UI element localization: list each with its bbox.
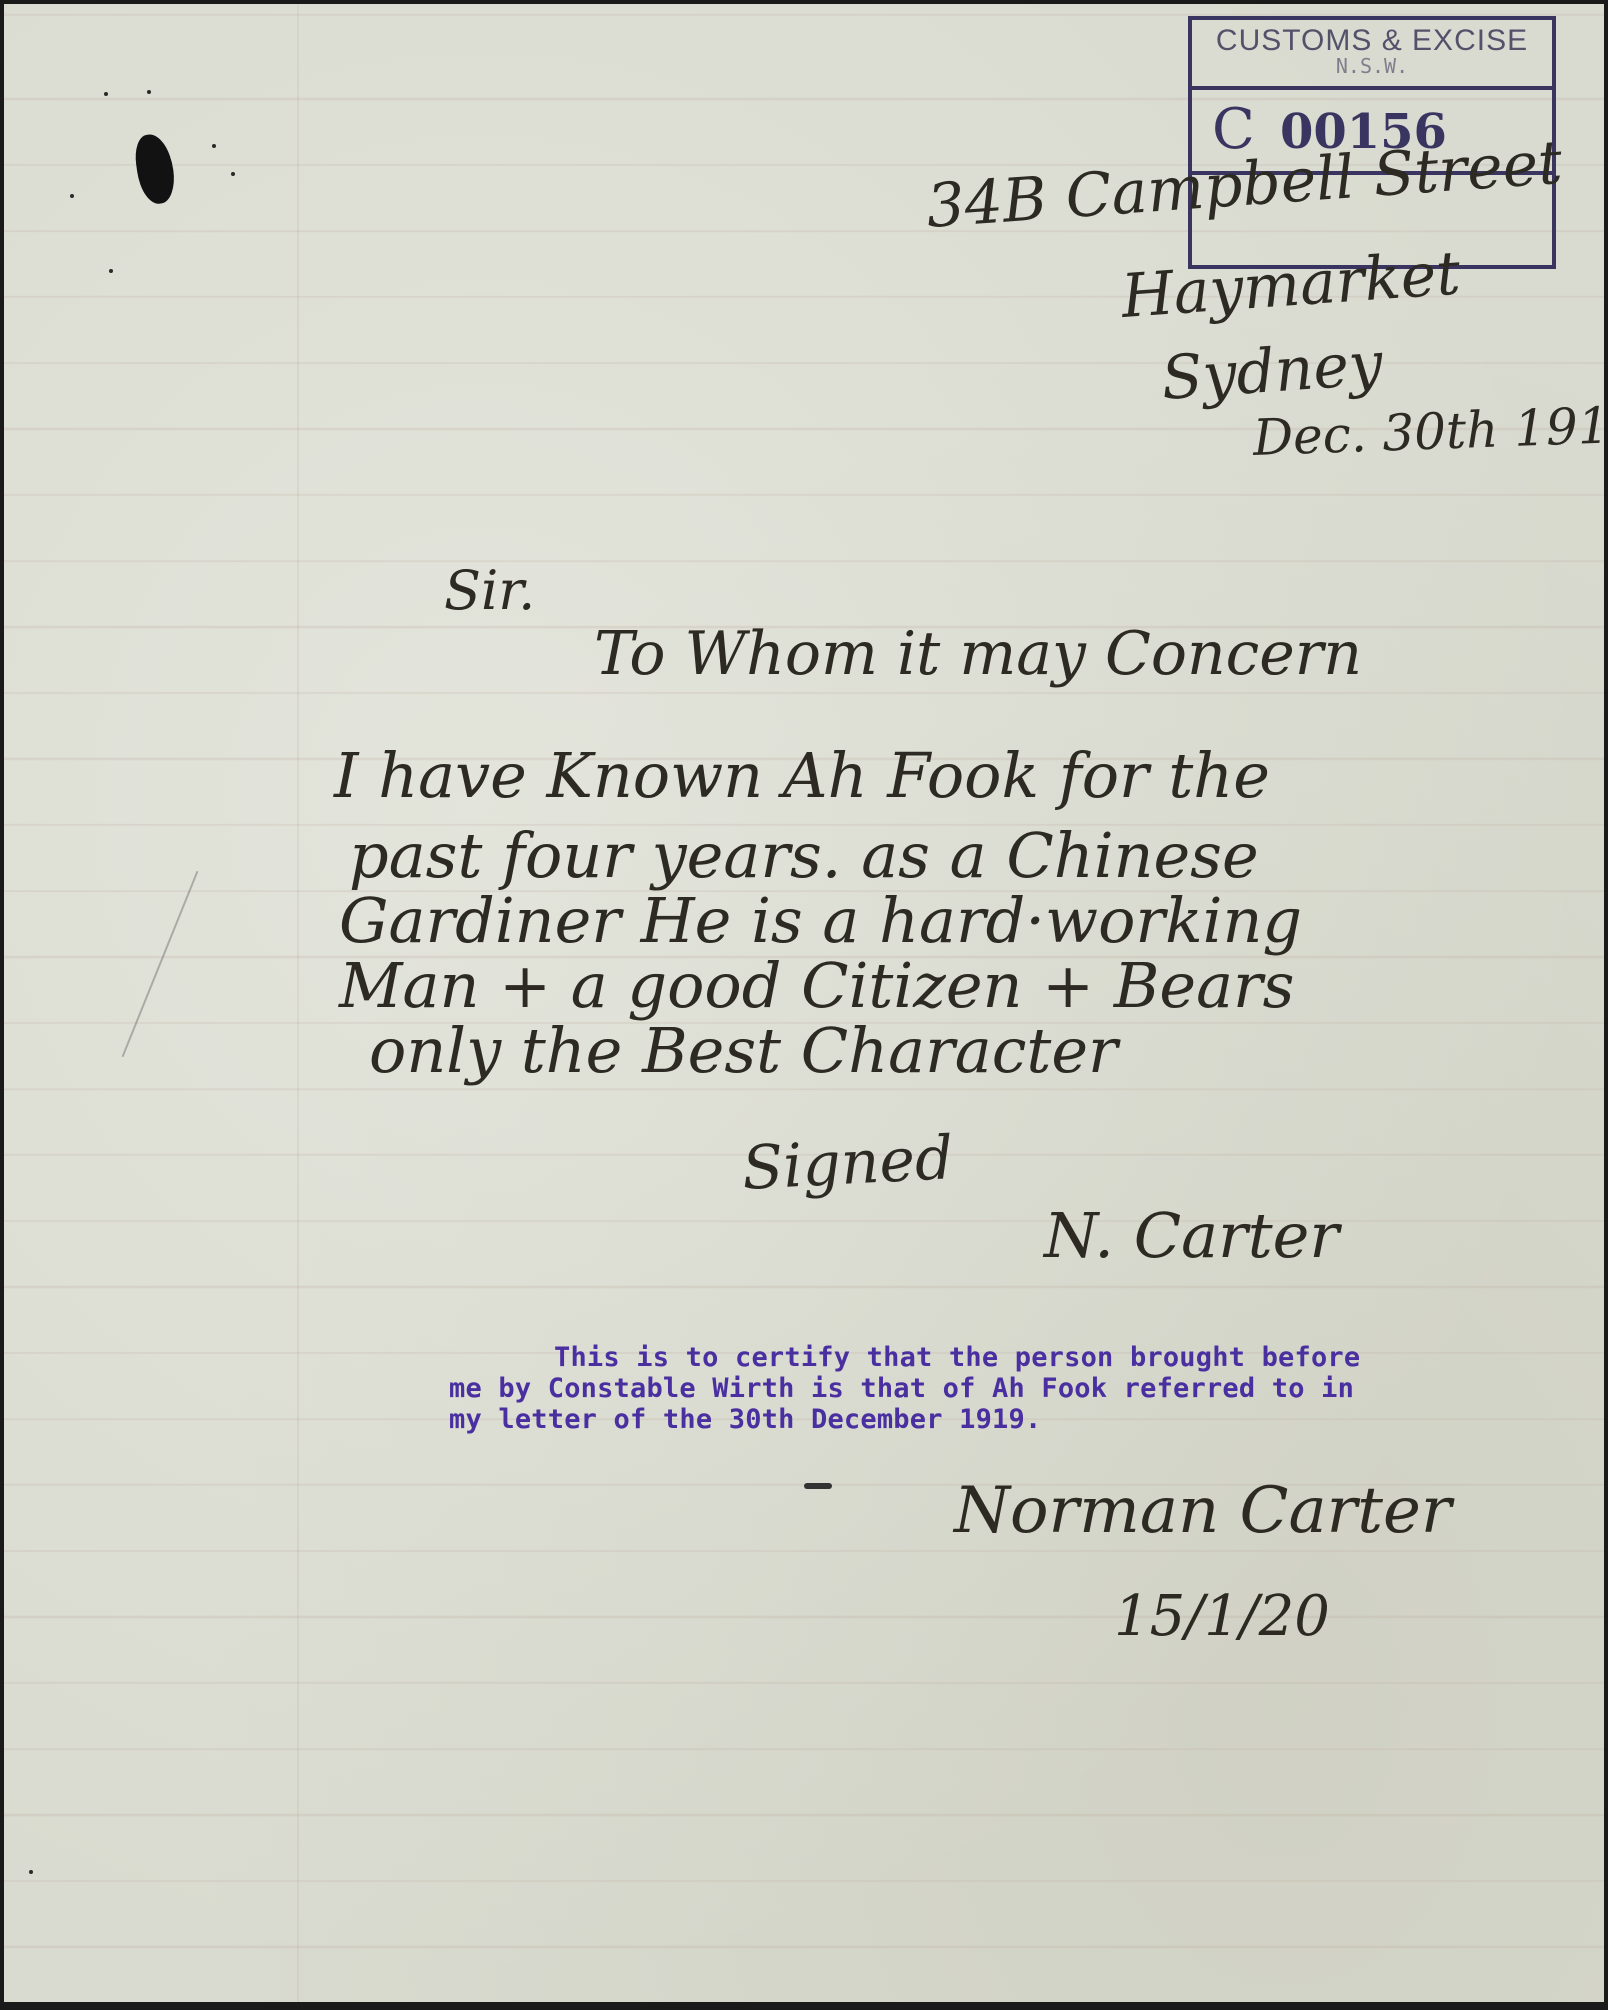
ink-dash-mark bbox=[804, 1483, 832, 1489]
letter-heading: To Whom it may Concern bbox=[594, 619, 1362, 689]
signature-n-carter: N. Carter bbox=[1044, 1199, 1339, 1272]
stray-pencil-mark bbox=[122, 871, 199, 1057]
signed-label: Signed bbox=[740, 1123, 955, 1204]
paper-speck bbox=[70, 194, 74, 198]
certification-line: my letter of the 30th December 1919. bbox=[449, 1404, 1579, 1435]
paper-speck bbox=[212, 144, 216, 148]
paper-speck bbox=[231, 172, 235, 176]
address-suburb: Haymarket bbox=[1119, 239, 1462, 332]
paper-speck bbox=[109, 269, 113, 273]
stamp-title: CUSTOMS & EXCISE bbox=[1192, 24, 1552, 58]
letter-page: CUSTOMS & EXCISE N.S.W. C 00156 34B Camp… bbox=[4, 4, 1604, 2002]
paper-speck bbox=[29, 1870, 33, 1874]
stamp-subtitle: N.S.W. bbox=[1192, 54, 1552, 78]
certification-date: 15/1/20 bbox=[1114, 1584, 1330, 1649]
stamp-header: CUSTOMS & EXCISE N.S.W. bbox=[1192, 20, 1552, 90]
body-line: Gardiner He is a hard·working bbox=[339, 884, 1302, 957]
salutation: Sir. bbox=[444, 559, 535, 622]
body-line: I have Known Ah Fook for the bbox=[334, 739, 1270, 812]
certification-line: me by Constable Wirth is that of Ah Fook… bbox=[449, 1373, 1579, 1404]
paper-speck bbox=[147, 90, 151, 94]
body-line: only the Best Character bbox=[369, 1014, 1118, 1087]
ink-blot-mark bbox=[132, 132, 177, 206]
address-city: Sydney bbox=[1159, 329, 1385, 414]
paper-speck bbox=[104, 92, 108, 96]
typed-certification: This is to certify that the person broug… bbox=[449, 1342, 1579, 1435]
letter-date: Dec. 30th 1919. bbox=[1252, 395, 1604, 467]
ruled-margin-line bbox=[297, 4, 299, 2002]
body-line: Man + a good Citizen + Bears bbox=[339, 949, 1295, 1022]
certification-line: This is to certify that the person broug… bbox=[449, 1342, 1579, 1373]
body-line: past four years. as a Chinese bbox=[349, 819, 1259, 892]
signature-norman-carter: Norman Carter bbox=[954, 1474, 1451, 1548]
